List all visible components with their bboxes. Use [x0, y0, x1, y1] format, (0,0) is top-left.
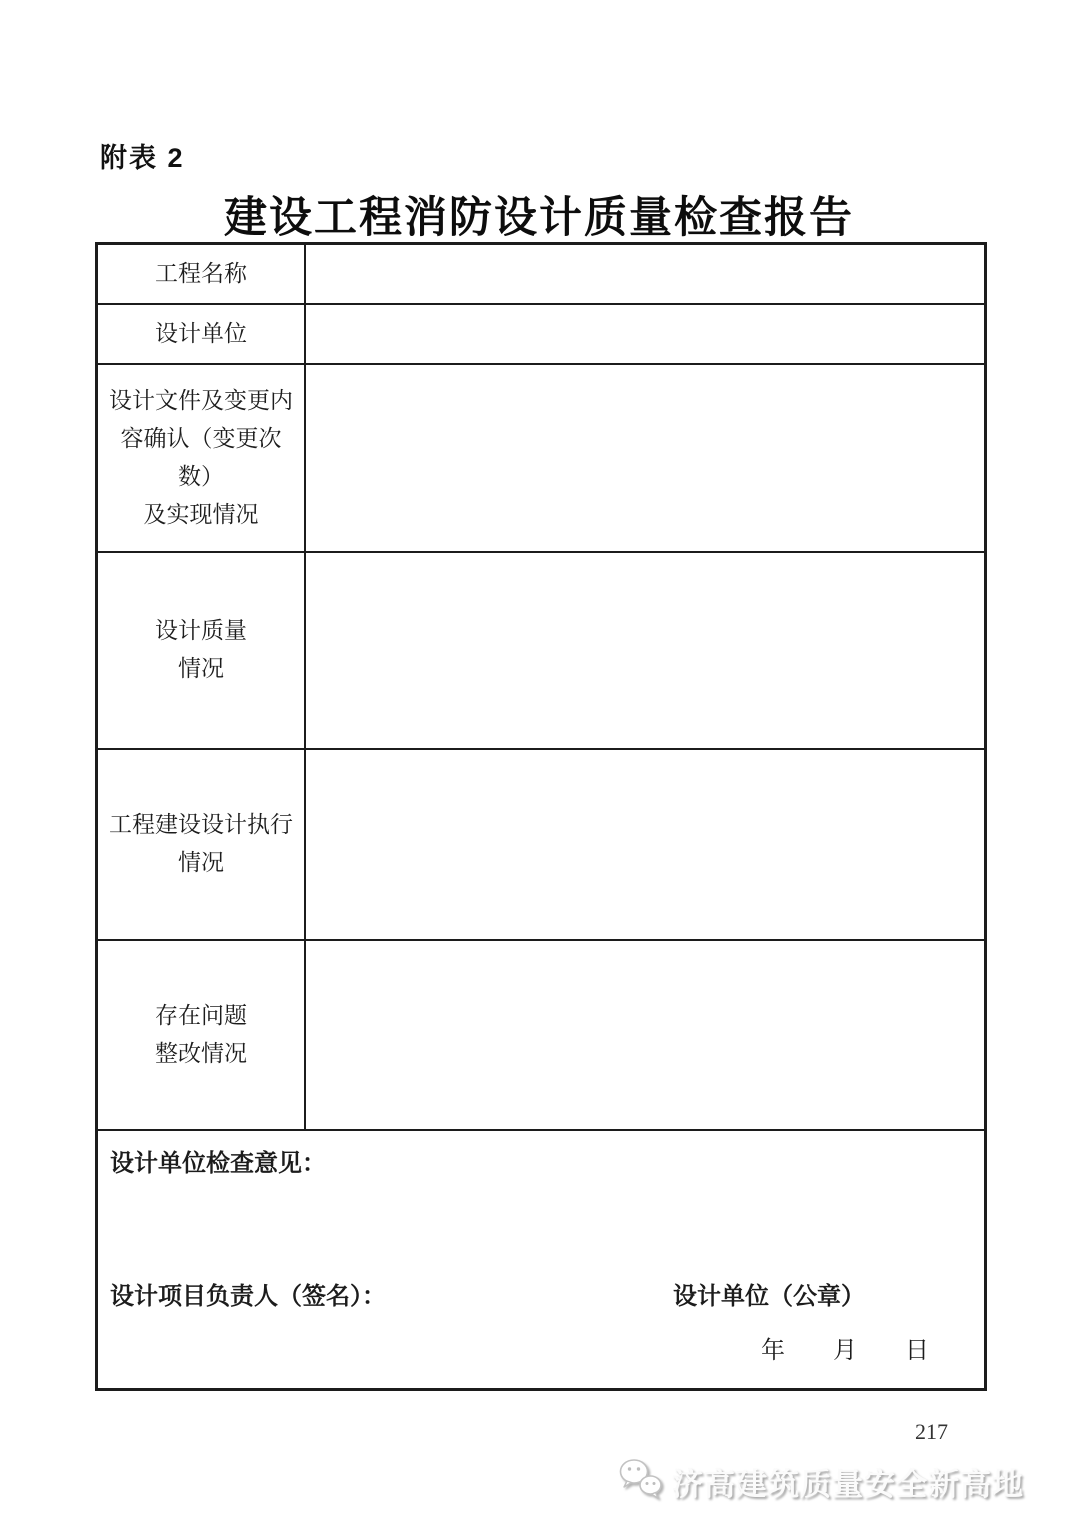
attachment-label: 附表 2	[100, 136, 185, 175]
table-row: 设计质量 情况	[97, 552, 986, 749]
date-label: 年 月 日	[761, 1330, 929, 1365]
table-footer-row: 设计单位检查意见： 设计项目负责人（签名）： 设计单位（公章） 年 月 日	[97, 1130, 986, 1390]
page-number: 217	[915, 1419, 948, 1445]
watermark-text: 济高建筑质量安全新高地	[672, 1459, 1024, 1504]
inspection-form-table: 工程名称 设计单位 设计文件及变更内 容确认（变更次数） 及实现情况 设计质量 …	[95, 242, 987, 1391]
inspection-opinion-label: 设计单位检查意见：	[110, 1143, 326, 1178]
row-label-project-name: 工程名称	[97, 244, 306, 304]
document-page: { "page": { "attachment_label": "附表 2", …	[0, 0, 1080, 1527]
table-row: 工程名称	[97, 244, 986, 304]
project-leader-signature-label: 设计项目负责人（签名）：	[110, 1276, 386, 1311]
problems-rectification-value-cell	[305, 940, 986, 1130]
project-name-value-cell	[305, 244, 986, 304]
row-label-design-unit: 设计单位	[97, 304, 306, 364]
row-label-problems-rectification: 存在问题 整改情况	[97, 940, 306, 1130]
row-label-design-quality: 设计质量 情况	[97, 552, 306, 749]
watermark: 济高建筑质量安全新高地	[618, 1458, 1024, 1505]
wechat-icon	[618, 1458, 664, 1505]
page-title: 建设工程消防设计质量检查报告	[95, 184, 983, 245]
footer-cell: 设计单位检查意见： 设计项目负责人（签名）： 设计单位（公章） 年 月 日	[97, 1130, 986, 1390]
row-label-design-documents-changes: 设计文件及变更内 容确认（变更次数） 及实现情况	[97, 364, 306, 552]
design-documents-changes-value-cell	[305, 364, 986, 552]
design-unit-seal-label: 设计单位（公章）	[673, 1276, 865, 1311]
design-unit-value-cell	[305, 304, 986, 364]
design-quality-value-cell	[305, 552, 986, 749]
design-execution-value-cell	[305, 749, 986, 940]
row-label-design-execution: 工程建设设计执行 情况	[97, 749, 306, 940]
table-row: 设计单位	[97, 304, 986, 364]
table-row: 设计文件及变更内 容确认（变更次数） 及实现情况	[97, 364, 986, 552]
table-row: 存在问题 整改情况	[97, 940, 986, 1130]
table-row: 工程建设设计执行 情况	[97, 749, 986, 940]
